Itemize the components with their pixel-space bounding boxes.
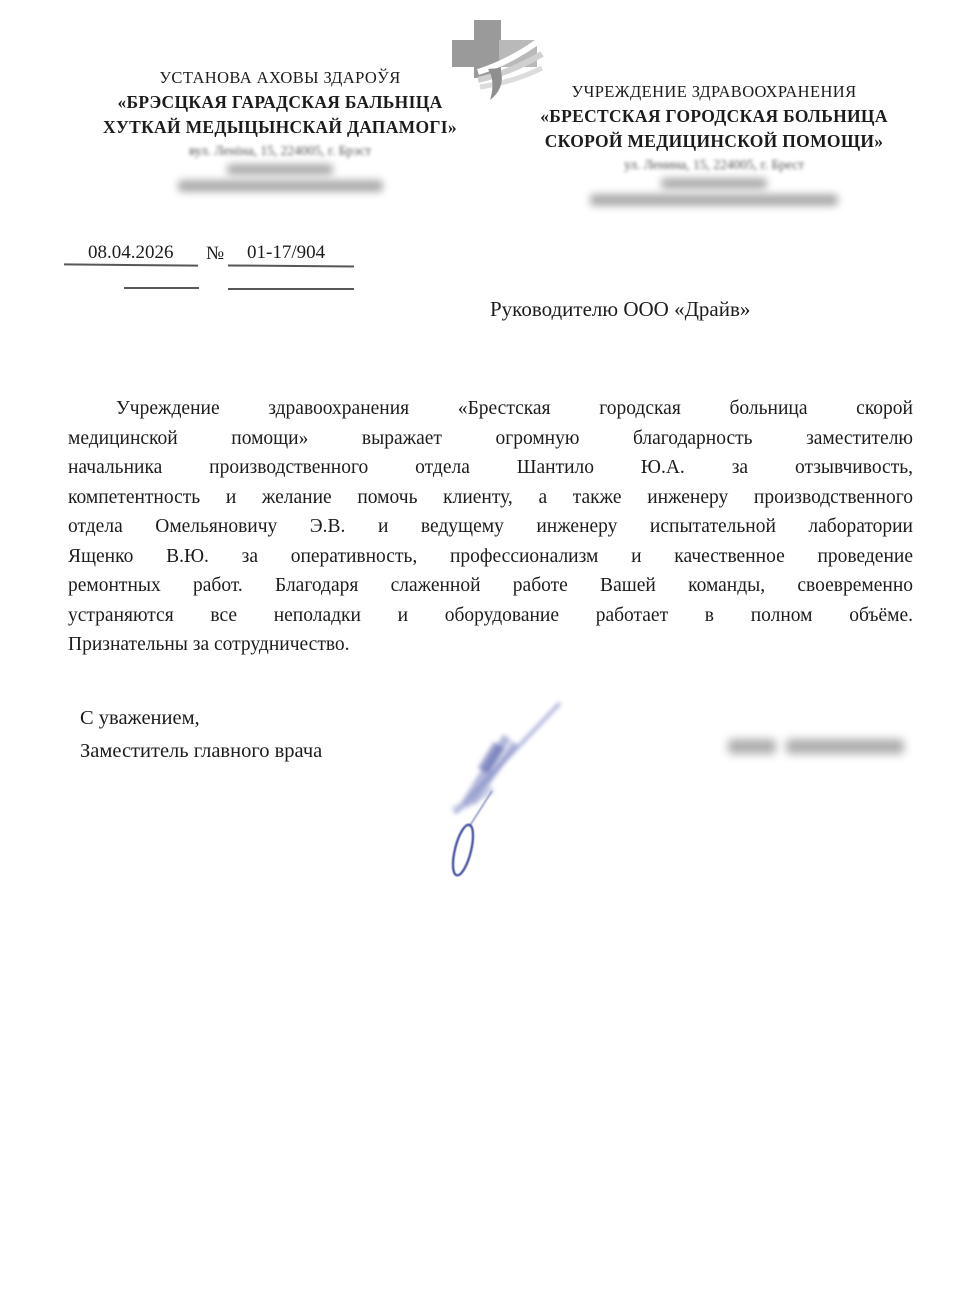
redacted-signatory-name (728, 739, 904, 754)
redacted-phone-bar (227, 164, 333, 175)
body-line: отдела Омельяновичу Э.В. и ведущему инже… (68, 512, 913, 542)
number-sign: № (206, 243, 224, 265)
redacted-surname-bar (786, 739, 904, 754)
addressee-line: Руководителю ООО «Драйв» (490, 297, 750, 322)
redacted-email-bar (178, 180, 383, 192)
body-line: начальника производственного отдела Шант… (68, 453, 913, 483)
closing-salutation: С уважением, (80, 702, 322, 735)
body-line: Признательны за сотрудничество. (68, 630, 913, 660)
scanned-letter-page: УСТАНОВА АХОВЫ ЗДАРОЎЯ «БРЭСЦКАЯ ГАРАДСК… (0, 0, 979, 1308)
handwritten-signature (435, 693, 585, 888)
org-name-line: ХУТКАЙ МЕДЫЦЫНСКАЙ ДАПАМОГІ» (58, 115, 502, 140)
org-name-line: СКОРОЙ МЕДИЦИНСКОЙ ПОМОЩИ» (492, 129, 936, 154)
org-name-line: «БРЕСТСКАЯ ГОРОДСКАЯ БОЛЬНИЦА (492, 104, 936, 129)
body-line: компетентность и желание помочь клиенту,… (68, 483, 913, 513)
org-name-line: «БРЭСЦКАЯ ГАРАДСКАЯ БАЛЬНІЦА (58, 90, 502, 115)
date-underline (64, 263, 198, 266)
address-blurred-text: вул. Леніна, 15, 224005, г. Брэст (58, 143, 502, 159)
org-name-line: УСТАНОВА АХОВЫ ЗДАРОЎЯ (58, 66, 502, 90)
redacted-phone-bar (661, 178, 767, 189)
body-line: ремонтных работ. Благодаря слаженной раб… (68, 571, 913, 601)
letter-body: Учреждение здравоохранения «Брестская го… (68, 394, 913, 660)
letter-date: 08.04.2026 (88, 242, 174, 264)
body-line: Ященко В.Ю. за оперативность, профессион… (68, 542, 913, 572)
body-line: Учреждение здравоохранения «Брестская го… (68, 394, 913, 424)
org-name-line: УЧРЕЖДЕНИЕ ЗДРАВООХРАНЕНИЯ (492, 80, 936, 104)
closing-block: С уважением, Заместитель главного врача (80, 702, 322, 768)
redacted-email-bar (590, 194, 838, 206)
reply-number-underline (228, 288, 354, 290)
letterhead-belarusian: УСТАНОВА АХОВЫ ЗДАРОЎЯ «БРЭСЦКАЯ ГАРАДСК… (58, 66, 502, 192)
reply-date-underline (124, 287, 199, 289)
address-blurred-text: ул. Ленина, 15, 224005, г. Брест (492, 157, 936, 173)
letterhead-russian: УЧРЕЖДЕНИЕ ЗДРАВООХРАНЕНИЯ «БРЕСТСКАЯ ГО… (492, 80, 936, 206)
body-line: устраняются все неполадки и оборудование… (68, 601, 913, 631)
number-underline (228, 264, 354, 267)
redacted-initials-bar (728, 739, 776, 754)
letter-number: 01-17/904 (247, 242, 325, 264)
signatory-title: Заместитель главного врача (80, 735, 322, 768)
body-line: медицинской помощи» выражает огромную бл… (68, 424, 913, 454)
